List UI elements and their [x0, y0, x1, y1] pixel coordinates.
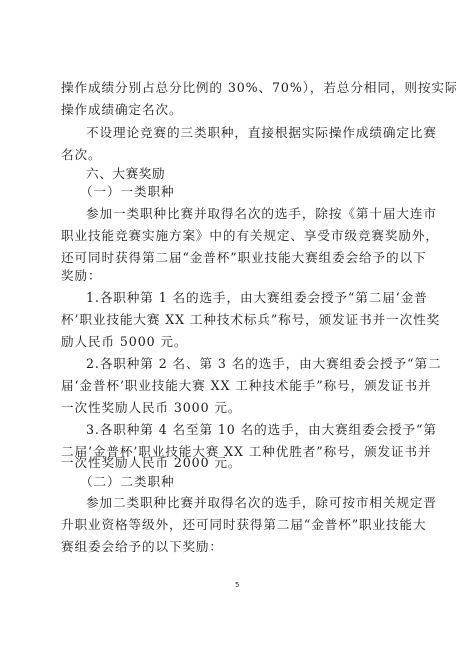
- paragraph-line: 赛组委会给予的以下奖励：: [61, 536, 406, 558]
- document-page: 操作成绩分别占总分比例的 30%、70%），若总分相同，则按实际 操作成绩确定名…: [0, 0, 456, 650]
- paragraph-line: 职业技能竞赛实施方案》中的有关规定、享受市级竞赛奖励外，: [61, 225, 406, 247]
- sub-heading: （二）二类职种: [80, 471, 280, 493]
- paragraph-line: 名次。: [61, 144, 406, 166]
- list-item-line: 3.各职种第 4 名至第 10 名的选手，由大赛组委会授予“第: [86, 419, 406, 441]
- paragraph-line: 奖励：: [61, 265, 406, 287]
- list-item-line: 一次性奖励人民币 3000 元。: [61, 397, 406, 419]
- list-item-line: 励人民币 5000 元。: [61, 331, 406, 353]
- list-item-line: 届‘金普杯’职业技能大赛 XX 工种技术能手”称号，颁发证书并: [61, 375, 406, 397]
- page-number: 5: [235, 580, 239, 590]
- list-item-line: 杯’职业技能大赛 XX 工种技术标兵”称号，颁发证书并一次性奖: [61, 309, 406, 331]
- paragraph-line: 操作成绩分别占总分比例的 30%、70%），若总分相同，则按实际: [61, 77, 406, 99]
- paragraph-line: 参加一类职种比赛并取得名次的选手，除按《第十届大连市: [86, 203, 406, 225]
- list-item-line: 2.各职种第 2 名、第 3 名的选手，由大赛组委会授予“第二: [86, 353, 406, 375]
- list-item-line: 1.各职种第 1 名的选手，由大赛组委会授予“第二届‘金普: [86, 287, 406, 309]
- paragraph-line: 不设理论竞赛的三类职种，直接根据实际操作成绩确定比赛: [86, 122, 406, 144]
- sub-heading: （一）一类职种: [80, 181, 280, 203]
- paragraph-line: 升职业资格等级外，还可同时获得第二届“金普杯”职业技能大: [61, 514, 406, 536]
- paragraph-line: 操作成绩确定名次。: [61, 99, 406, 121]
- paragraph-line: 参加二类职种比赛并取得名次的选手，除可按市相关规定晋: [86, 492, 406, 514]
